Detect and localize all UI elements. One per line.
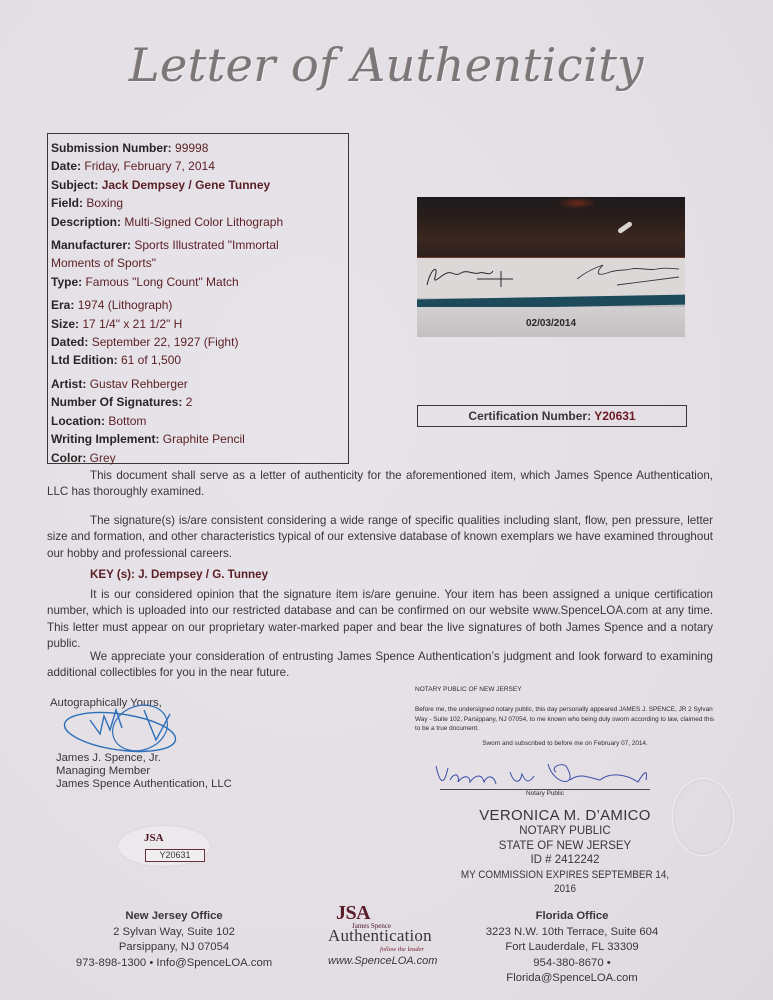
detail-label: Writing Implement: [51, 432, 159, 446]
detail-label: Location: [51, 414, 105, 428]
detail-value: Grey [90, 451, 116, 465]
jsa-hologram-sticker: JSA Y20631 [118, 826, 210, 866]
item-photo: 02/03/2014 [417, 197, 685, 337]
details-group: Era: 1974 (Lithograph)Size: 17 1/4" x 21… [51, 296, 348, 370]
detail-row: Dated: September 22, 1927 (Fight) [51, 333, 348, 351]
paragraph-intro-text: This document shall serve as a letter of… [47, 469, 713, 498]
notary-state: STATE OF NEW JERSEY [445, 839, 685, 854]
logo-url-link[interactable]: www.SpenceLOA.com [328, 955, 428, 967]
detail-label: Description: [51, 215, 121, 229]
detail-label: Color: [51, 451, 86, 465]
detail-label: Date: [51, 159, 81, 173]
notary-title: NOTARY PUBLIC [445, 824, 685, 839]
detail-value: 61 of 1,500 [121, 353, 181, 367]
detail-label: Era: [51, 298, 74, 312]
detail-label: Field: [51, 196, 83, 210]
autograph-signatures-icon [417, 257, 685, 297]
signer-block: James J. Spence, Jr. Managing Member Jam… [56, 752, 232, 790]
detail-value: Graphite Pencil [163, 432, 245, 446]
detail-value: Jack Dempsey / Gene Tunney [102, 178, 271, 192]
detail-value: 99998 [175, 141, 208, 155]
detail-row: Writing Implement: Graphite Pencil [51, 430, 348, 448]
detail-value: September 22, 1927 (Fight) [92, 335, 239, 349]
detail-label: Subject: [51, 178, 98, 192]
paragraph-opinion-text: It is our considered opinion that the si… [47, 588, 713, 650]
detail-row: Size: 17 1/4" x 21 1/2" H [51, 315, 348, 333]
detail-row: Artist: Gustav Rehberger [51, 375, 348, 393]
detail-value: 17 1/4" x 21 1/2" H [82, 317, 182, 331]
detail-label: Artist: [51, 377, 86, 391]
nj-office-heading: New Jersey Office [69, 909, 279, 925]
footer-fl-office: Florida Office 3223 N.W. 10th Terrace, S… [467, 909, 677, 987]
notary-name: VERONICA M. D’AMICO [445, 807, 685, 824]
detail-value: Boxing [86, 196, 123, 210]
nj-contact: 973-898-1300 • Info@SpenceLOA.com [69, 956, 279, 972]
detail-value: Famous "Long Count" Match [85, 275, 238, 289]
detail-label: Type: [51, 275, 82, 289]
paragraph-appreciation: We appreciate your consideration of entr… [47, 649, 713, 682]
detail-label: Number Of Signatures: [51, 395, 182, 409]
notary-statement: Before me, the undersigned notary public… [415, 705, 715, 734]
detail-label: Ltd Edition: [51, 353, 118, 367]
nj-address-line2: Parsippany, NJ 07054 [69, 940, 279, 956]
footer-nj-office: New Jersey Office 2 Sylvan Way, Suite 10… [69, 909, 279, 971]
detail-row: Era: 1974 (Lithograph) [51, 296, 348, 314]
detail-label: Manufacturer: [51, 238, 131, 252]
detail-row: Field: Boxing [51, 194, 348, 212]
notary-commission-expiry: MY COMMISSION EXPIRES SEPTEMBER 14, 2016 [457, 868, 673, 896]
notary-signature-icon [430, 758, 660, 790]
signature-key: KEY (s): J. Dempsey / G. Tunney [90, 568, 268, 581]
fl-office-heading: Florida Office [467, 909, 677, 925]
notary-heading: NOTARY PUBLIC OF NEW JERSEY [415, 686, 522, 693]
certification-label: Certification Number: [468, 409, 591, 423]
details-group: Artist: Gustav RehbergerNumber Of Signat… [51, 375, 348, 467]
fl-contact: 954-380-8670 • Florida@SpenceLOA.com [467, 956, 677, 987]
notary-stamp: VERONICA M. D’AMICO NOTARY PUBLIC STATE … [445, 807, 685, 896]
fl-address-line1: 3223 N.W. 10th Terrace, Suite 604 [467, 925, 677, 941]
detail-row: Type: Famous "Long Count" Match [51, 273, 348, 291]
detail-label: Submission Number: [51, 141, 172, 155]
notary-embossed-seal-icon [672, 778, 734, 856]
certification-number-box: Certification Number: Y20631 [417, 405, 687, 427]
detail-row: Ltd Edition: 61 of 1,500 [51, 351, 348, 369]
paragraph-appreciation-text: We appreciate your consideration of entr… [47, 650, 713, 679]
detail-row: Manufacturer: Sports Illustrated "Immort… [51, 236, 281, 273]
signer-role: Managing Member [56, 765, 232, 778]
detail-row: Number Of Signatures: 2 [51, 393, 348, 411]
nj-address-line1: 2 Sylvan Way, Suite 102 [69, 925, 279, 941]
detail-value: Bottom [108, 414, 146, 428]
notary-id: ID # 2412242 [445, 853, 685, 868]
certification-number: Y20631 [594, 409, 635, 423]
detail-value: Multi-Signed Color Lithograph [124, 215, 283, 229]
detail-value: Friday, February 7, 2014 [84, 159, 215, 173]
fl-address-line2: Fort Lauderdale, FL 33309 [467, 940, 677, 956]
paragraph-consistency: The signature(s) is/are consistent consi… [47, 513, 713, 562]
signer-company: James Spence Authentication, LLC [56, 778, 232, 791]
detail-row: Color: Grey [51, 449, 348, 467]
paragraph-consistency-text: The signature(s) is/are consistent consi… [47, 514, 713, 560]
detail-value: 1974 (Lithograph) [78, 298, 173, 312]
logo-tagline: follow the leader [380, 946, 424, 953]
detail-label: Size: [51, 317, 79, 331]
detail-row: Description: Multi-Signed Color Lithogra… [51, 213, 348, 231]
sticker-brand: JSA [144, 832, 164, 844]
letter-page: Letter of Authenticity Submission Number… [0, 0, 773, 1000]
paragraph-opinion: It is our considered opinion that the si… [47, 587, 713, 653]
details-group: Submission Number: 99998Date: Friday, Fe… [51, 139, 348, 231]
detail-row: Submission Number: 99998 [51, 139, 348, 157]
signer-name: James J. Spence, Jr. [56, 752, 232, 765]
detail-row: Location: Bottom [51, 412, 348, 430]
detail-row: Subject: Jack Dempsey / Gene Tunney [51, 176, 348, 194]
photo-date-stamp: 02/03/2014 [417, 318, 685, 329]
detail-label: Dated: [51, 335, 88, 349]
lithograph-artwork [417, 197, 685, 257]
paragraph-intro: This document shall serve as a letter of… [47, 468, 713, 501]
detail-value: Gustav Rehberger [90, 377, 188, 391]
sticker-code: Y20631 [145, 849, 205, 862]
detail-value: 2 [186, 395, 193, 409]
logo-word: Authentication [328, 926, 432, 946]
item-details-box: Submission Number: 99998Date: Friday, Fe… [47, 133, 349, 464]
notary-sworn-line: Sworn and subscribed to before me on Feb… [415, 740, 715, 747]
notary-public-label: Notary Public [440, 790, 650, 797]
details-group: Manufacturer: Sports Illustrated "Immort… [51, 236, 348, 291]
spence-signature-icon [60, 700, 190, 760]
document-title: Letter of Authenticity [0, 38, 773, 92]
detail-row: Date: Friday, February 7, 2014 [51, 157, 348, 175]
